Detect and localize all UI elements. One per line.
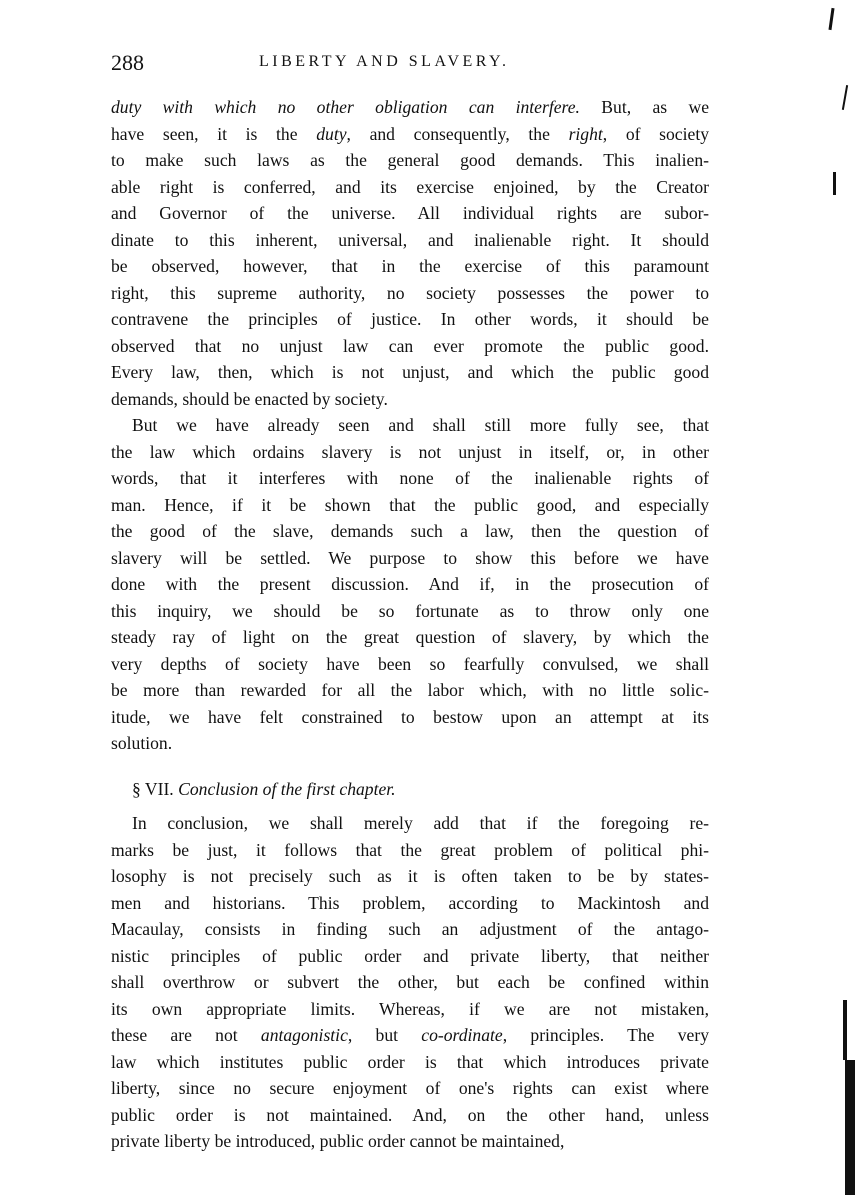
text-line: shall overthrow or subvert the other, bu… [111,969,709,996]
text-line: to make such laws as the general good de… [111,147,709,174]
text-line: words, that it interferes with none of t… [111,465,709,492]
text-line: and Governor of the universe. All indivi… [111,200,709,227]
scan-edge-mark [843,1000,847,1060]
text-line: private liberty be introduced, public or… [111,1128,709,1155]
text-line: the good of the slave, demands such a la… [111,518,709,545]
paragraph-duty-of-society: duty with which no other obligation can … [111,94,709,412]
text-line: be more than rewarded for all the labor … [111,677,709,704]
text-line: law which institutes public order is tha… [111,1049,709,1076]
text-line: very depths of society have been so fear… [111,651,709,678]
text-line: duty with which no other obligation can … [111,94,709,121]
text-line: solution. [111,730,709,757]
text-line: liberty, since no secure enjoyment of on… [111,1075,709,1102]
text-line: But we have already seen and shall still… [111,412,709,439]
text-line: its own appropriate limits. Whereas, if … [111,996,709,1023]
scan-edge-mark [833,172,836,195]
section-number: § VII. [132,779,174,799]
running-title: LIBERTY AND SLAVERY. [259,53,510,71]
text-line: able right is conferred, and its exercis… [111,174,709,201]
text-line: slavery will be settled. We purpose to s… [111,545,709,572]
text-line: the law which ordains slavery is not unj… [111,439,709,466]
text-line: men and historians. This problem, accord… [111,890,709,917]
scan-edge-mark [845,1060,855,1195]
text-line: steady ray of light on the great questio… [111,624,709,651]
text-line: nistic principles of public order and pr… [111,943,709,970]
section-heading: § VII. Conclusion of the first chapter. [111,776,709,803]
text-line: marks be just, it follows that the great… [111,837,709,864]
text-line: Every law, then, which is not unjust, an… [111,359,709,386]
text-line: dinate to this inherent, universal, and … [111,227,709,254]
text-line: itude, we have felt constrained to besto… [111,704,709,731]
text-line: done with the present discussion. And if… [111,571,709,598]
text-line: be observed, however, that in the exerci… [111,253,709,280]
text-line: public order is not maintained. And, on … [111,1102,709,1129]
text-line: In conclusion, we shall merely add that … [111,810,709,837]
scan-edge-mark [842,85,848,110]
text-line: man. Hence, if it be shown that the publ… [111,492,709,519]
page-body: duty with which no other obligation can … [111,94,709,1155]
page-number: 288 [111,50,144,76]
text-line: contravene the principles of justice. In… [111,306,709,333]
paragraph-conclusion: In conclusion, we shall merely add that … [111,810,709,1155]
page-header: 288 LIBERTY AND SLAVERY. [111,50,711,80]
text-line: this inquiry, we should be so fortunate … [111,598,709,625]
text-line: losophy is not precisely such as it is o… [111,863,709,890]
text-line: demands, should be enacted by society. [111,386,709,413]
paragraph-law-of-slavery: But we have already seen and shall still… [111,412,709,757]
text-line: Macaulay, consists in finding such an ad… [111,916,709,943]
text-line: observed that no unjust law can ever pro… [111,333,709,360]
text-line: have seen, it is the duty, and consequen… [111,121,709,148]
text-line: right, this supreme authority, no societ… [111,280,709,307]
scan-edge-mark [828,8,834,30]
section-title: Conclusion of the first chapter. [178,779,395,799]
text-line: these are not antagonistic, but co-ordin… [111,1022,709,1049]
